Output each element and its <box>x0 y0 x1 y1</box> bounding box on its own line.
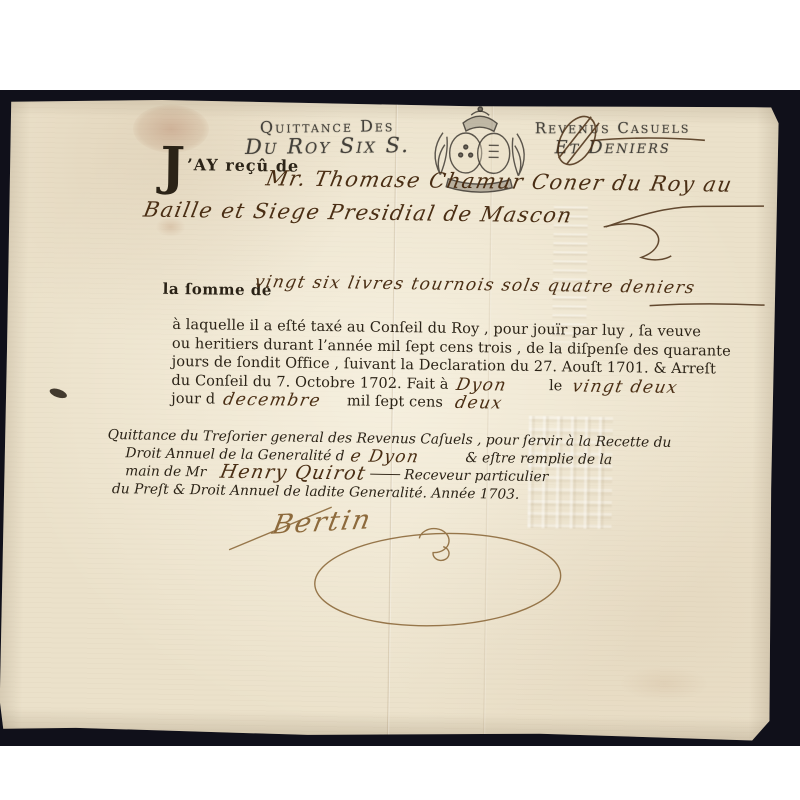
handwritten-recipient-line2: Baille et Siege Presidial de Mascon <box>144 198 573 228</box>
document-paper: Quittance Des Du Roy Six S. <box>0 97 780 744</box>
jour-d-label: jour d <box>171 391 215 408</box>
main-de-label: main de Mr <box>125 463 206 480</box>
recipient-office-text: Baille et Siege Presidial de Mascon <box>142 198 575 228</box>
mil-sept-cens-label: mil ſept cens <box>347 394 443 411</box>
filler-rule <box>370 474 400 475</box>
handwritten-day: vingt deux <box>571 377 680 397</box>
le-label: le <box>549 378 563 394</box>
body-paragraph: à laquelle il a eſté taxé au Conſeil du … <box>171 316 731 417</box>
vertical-fold-crease <box>387 102 399 738</box>
sum-amount-text: vingt six livres tournois sols quatre de… <box>253 272 697 298</box>
handwritten-recipient-line1: Mr. Thomase Chamur Coner du Roy au <box>266 166 733 197</box>
ink-blot <box>48 387 68 400</box>
photo-black-mat: Quittance Des Du Roy Six S. <box>0 90 800 746</box>
recipient-name-text: Mr. Thomase Chamur Coner du Roy au <box>264 166 735 196</box>
quittance-footer-paragraph: Quittance du Treſorier general des Reven… <box>99 427 672 506</box>
handwritten-month: decembre <box>221 391 322 411</box>
handwritten-sum: vingt six livres tournois sols quatre de… <box>255 272 696 298</box>
vertical-fold-crease <box>482 103 494 739</box>
handwritten-year: deux <box>453 394 504 413</box>
handwritten-receveur-name: Henry Quirot <box>219 464 368 484</box>
paper-stain <box>619 665 709 702</box>
receveur-particulier-label: Receveur particulier <box>404 467 548 485</box>
fait-a-label: du Conſeil du 7. Octobre 1702. Fait à <box>171 373 448 393</box>
clerk-paraph-flourish-icon <box>544 110 715 172</box>
dropcap-J: J <box>160 147 185 187</box>
handwritten-signature: Bertin <box>270 504 375 540</box>
estre-remplie-label: & eſtre remplie de la <box>465 450 612 468</box>
